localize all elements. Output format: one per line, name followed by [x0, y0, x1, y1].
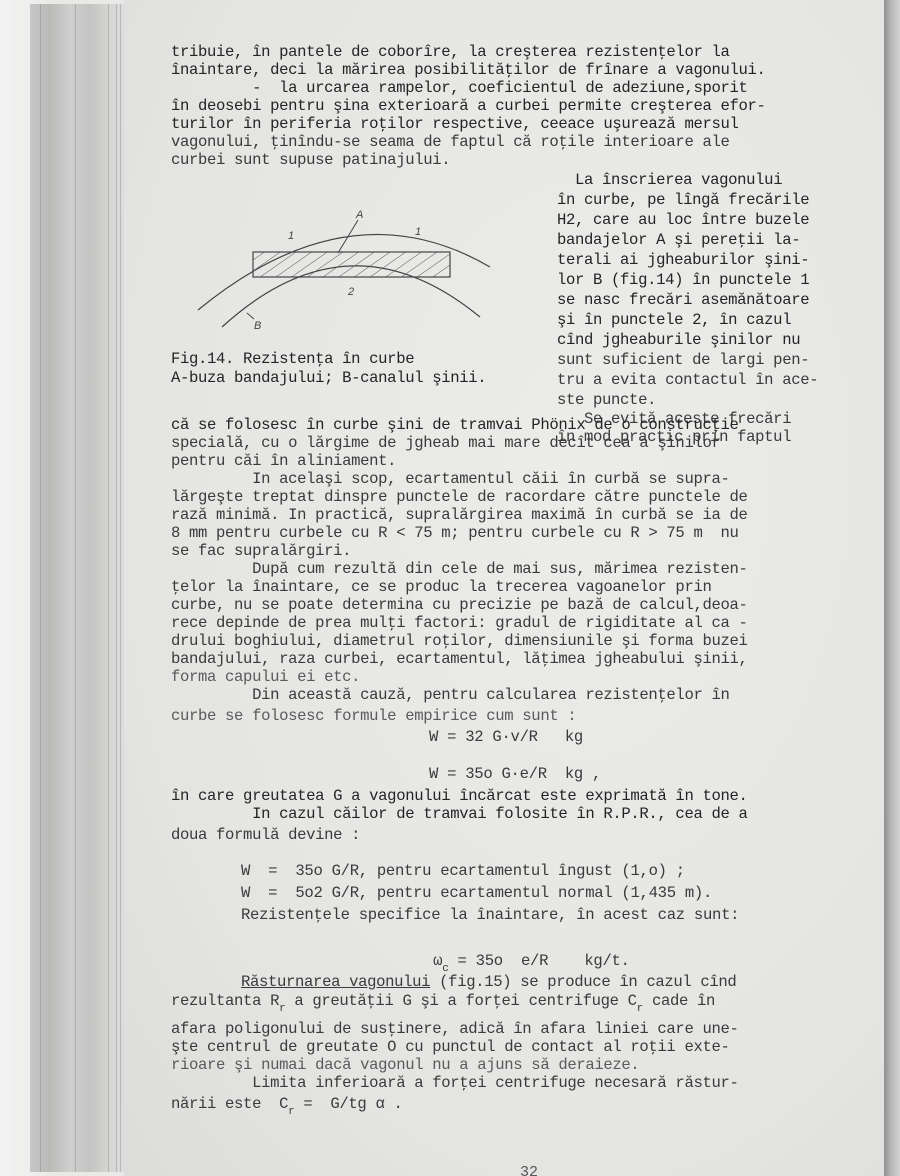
text-line: Limita inferioară a forţei centrifuge ne… — [171, 1074, 739, 1092]
overturning-title: Răsturnarea vagonului — [241, 973, 430, 991]
text-line: După cum rezultă din cele de mai sus, mă… — [171, 560, 748, 578]
text-line: afara poligonului de susţinere, adică în… — [171, 1020, 739, 1038]
text-line: vagonului, ţinîndu-se seama de faptul că… — [171, 133, 729, 151]
figure-caption-legend: A-buza bandajului; B-canalul şinii. — [171, 369, 486, 387]
figure-caption-title: Fig.14. Rezistenţa în curbe — [171, 350, 414, 368]
text-line: doua formulă devine : — [171, 826, 360, 844]
text-line: curbe se folosesc formule empirice cum s… — [171, 707, 576, 725]
text-line: Din această cauză, pentru calcularea rez… — [171, 686, 729, 704]
text-line: tru a evita contactul în ace- — [557, 371, 818, 389]
formula-5: ωc = 35o e/R kg/t. — [415, 934, 630, 970]
text-line: pentru căi în aliniament. — [171, 452, 396, 470]
text-line: lor B (fig.14) în punctele 1 — [557, 271, 809, 289]
text-line: ste puncte. — [557, 391, 656, 409]
page-number: 32 — [520, 1164, 538, 1176]
page-gutter-shadow — [884, 0, 900, 1176]
label-a: A — [355, 209, 363, 221]
figure-14-diagram: A 1 1 2 B — [190, 205, 510, 335]
text-line: terali ai jgheaburilor şini- — [557, 251, 809, 269]
omega-symbol: ω — [433, 952, 442, 970]
overturning-heading-line: Răsturnarea vagonului (fig.15) se produc… — [241, 973, 736, 991]
text-line: bandajelor A şi pereţii la- — [557, 231, 800, 249]
text-line: rază minimă. In practică, supralărgirea … — [171, 506, 748, 524]
text-line: rece depinde de prea mulţi factori: grad… — [171, 614, 748, 632]
text-line: se fac supralărgiri. — [171, 542, 351, 560]
text-line: drului boghiului, diametrul roţilor, dim… — [171, 632, 748, 650]
label-point-1-right: 1 — [415, 226, 421, 238]
text-line: cînd jgheaburile şinilor nu — [557, 331, 800, 349]
formula-4: W = 5o2 G/R, pentru ecartamentul normal … — [241, 884, 712, 902]
text-line: In acelaşi scop, ecartamentul căii în cu… — [171, 470, 729, 488]
wheel-flange-hatched — [253, 252, 450, 277]
text-line: turilor în periferia roţilor respective,… — [171, 115, 739, 133]
text-line: rezultanta Rr a greutăţii G şi a forţei … — [171, 992, 715, 1012]
text-line: ţelor la înaintare, ce se produc la trec… — [171, 578, 711, 596]
text-line: şte centrul de greutate O cu punctul de … — [171, 1038, 729, 1056]
text-line: sunt suficient de largi pen- — [557, 351, 809, 369]
label-point-1-left: 1 — [288, 230, 294, 242]
text-line: - la urcarea rampelor, coeficientul de a… — [171, 79, 748, 97]
text-line: bandajului, raza curbei, ecartamentul, l… — [171, 650, 748, 668]
text-line: şi în punctele 2, în cazul — [557, 311, 791, 329]
text-line: tribuie, în pantele de coborîre, la creş… — [171, 43, 729, 61]
text-line: rioare şi numai dacă vagonul nu a ajuns … — [171, 1056, 639, 1074]
text-line: curbe, nu se poate determina cu precizie… — [171, 596, 748, 614]
text-line: că se folosesc în curbe şini de tramvai … — [171, 416, 739, 434]
text-line: se nasc frecări asemănătoare — [557, 291, 809, 309]
text-line: curbei sunt supuse patinajului. — [171, 151, 450, 169]
specific-resistance-intro: Rezistenţele specifice la înaintare, în … — [241, 906, 739, 924]
page-stack-edge — [30, 4, 130, 1172]
text-line: în care greutatea G a vagonului încărcat… — [171, 787, 748, 805]
text-line: înaintare, deci la mărirea posibilităţil… — [171, 61, 766, 79]
text-line: In cazul căilor de tramvai folosite în R… — [171, 805, 748, 823]
text-line: în curbe, pe lîngă frecările — [557, 191, 809, 209]
text-line: specială, cu o lărgime de jgheab mai mar… — [171, 434, 720, 452]
text-line: La înscrierea vagonului — [548, 171, 782, 189]
text-line: 8 mm pentru curbele cu R < 75 m; pentru … — [171, 524, 739, 542]
label-b: B — [254, 320, 261, 332]
text-line: lărgeşte treptat dinspre punctele de rac… — [171, 488, 748, 506]
formula-3: W = 35o G/R, pentru ecartamentul îngust … — [241, 862, 685, 880]
text-line: forma capului ei etc. — [171, 668, 360, 686]
formula-1: W = 32 G·v/R kg — [429, 728, 583, 746]
text-line: nării este Cr = G/tg α . — [171, 1095, 402, 1115]
formula-2: W = 35o G·e/R kg , — [429, 765, 601, 783]
text-line: în deosebi pentru şina exterioară a curb… — [171, 97, 766, 115]
label-point-2: 2 — [347, 286, 354, 298]
text-line: H2, care au loc între buzele — [557, 211, 809, 229]
